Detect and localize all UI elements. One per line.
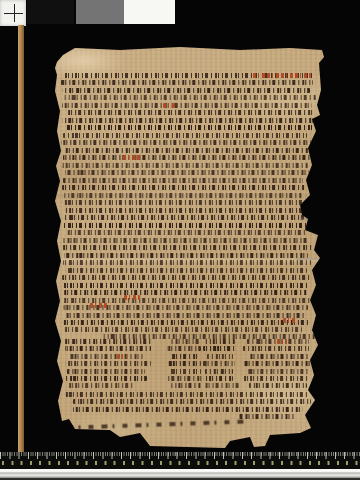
ruler-metal-edge (0, 469, 360, 478)
fiber-streak (300, 218, 338, 220)
table-column-a-line (65, 361, 151, 366)
hieratic-text-line (63, 283, 309, 288)
rubric-red-ink (90, 303, 107, 308)
hieratic-text-line (64, 253, 308, 258)
table-column-b-line (171, 354, 199, 359)
rubric-red-ink (277, 339, 287, 344)
hieratic-text-line (62, 245, 312, 250)
footer-text-line (65, 392, 309, 397)
table-column-d-line (243, 376, 309, 381)
hieratic-text-line (63, 223, 311, 228)
table-column-a-line (63, 376, 147, 381)
papyrus-sheet (55, 45, 327, 455)
hieratic-text-line (63, 200, 307, 205)
hieratic-text-line (65, 125, 313, 130)
rubric-red-ink (253, 73, 311, 78)
rubric-red-ink (123, 155, 141, 160)
table-column-b-line (167, 376, 203, 381)
hieratic-text-line (63, 238, 309, 243)
hieratic-text-line (65, 208, 311, 213)
table-column-c-line (203, 346, 237, 351)
table-column-a-line (67, 369, 145, 374)
table-column-b-line (167, 361, 201, 366)
hieratic-text-line (62, 118, 313, 123)
table-column-c-line (205, 339, 235, 344)
footer-text-line (73, 399, 311, 404)
calibration-crosshair-target (0, 0, 26, 26)
colophon-short-line (239, 414, 295, 419)
hieratic-text-line (62, 163, 308, 168)
table-column-d-line (249, 383, 307, 388)
table-column-a-line (63, 339, 151, 344)
table-column-b-line (169, 369, 201, 374)
ruler-number-marks (2, 461, 358, 466)
hieratic-text-line (65, 170, 309, 175)
table-column-a-line (67, 383, 133, 388)
table-column-d-line (249, 354, 309, 359)
hieratic-text-line (65, 268, 307, 273)
hieratic-text-line (66, 230, 306, 235)
hieratic-text-line (62, 215, 304, 220)
hieratic-text-line (61, 80, 313, 85)
table-column-c-line (203, 376, 233, 381)
table-column-b-line (171, 383, 201, 388)
table-column-a-line (69, 354, 143, 359)
target-handle-stick (18, 25, 24, 453)
hieratic-text-line (62, 185, 305, 190)
table-column-b-line (171, 339, 201, 344)
hieratic-text-line (63, 155, 313, 160)
hieratic-text-line (64, 148, 311, 153)
calibration-gray-patch (76, 0, 124, 24)
photo-frame (0, 0, 360, 480)
hieratic-text-line (62, 88, 310, 93)
table-column-d-line (247, 369, 309, 374)
table-column-c-line (205, 383, 239, 388)
footer-text-line (73, 407, 303, 412)
crosshair-icon (14, 4, 15, 22)
hieratic-text-line (63, 133, 307, 138)
measuring-ruler (0, 452, 360, 469)
hieratic-text-line (63, 178, 303, 183)
rubric-red-ink (283, 318, 295, 323)
hieratic-text-line (62, 103, 312, 108)
rubric-red-ink (117, 354, 127, 359)
table-column-a-line (65, 346, 151, 351)
table-column-c-line (207, 354, 233, 359)
rubric-red-ink (124, 295, 140, 300)
fiber-streak (296, 258, 340, 260)
table-column-b-line (167, 346, 201, 351)
hieratic-text-line (63, 260, 311, 265)
table-column-d-line (243, 361, 311, 366)
hieratic-text-line (61, 140, 311, 145)
calibration-black-patch (27, 0, 74, 24)
hieratic-text-line (67, 110, 313, 115)
hieratic-text-line (64, 95, 316, 100)
hieratic-text-line (64, 290, 307, 295)
docket-cursive-line (61, 420, 247, 430)
rubric-red-ink (163, 103, 175, 108)
table-column-c-line (203, 361, 235, 366)
calibration-white-patch (124, 0, 175, 24)
table-column-c-line (205, 369, 233, 374)
hieratic-text-line (65, 313, 305, 318)
hieratic-text-line (63, 320, 310, 325)
hieratic-text-line (62, 275, 312, 280)
hieratic-text-line (64, 193, 302, 198)
hieratic-text-line (64, 327, 302, 332)
table-column-d-line (243, 346, 309, 351)
